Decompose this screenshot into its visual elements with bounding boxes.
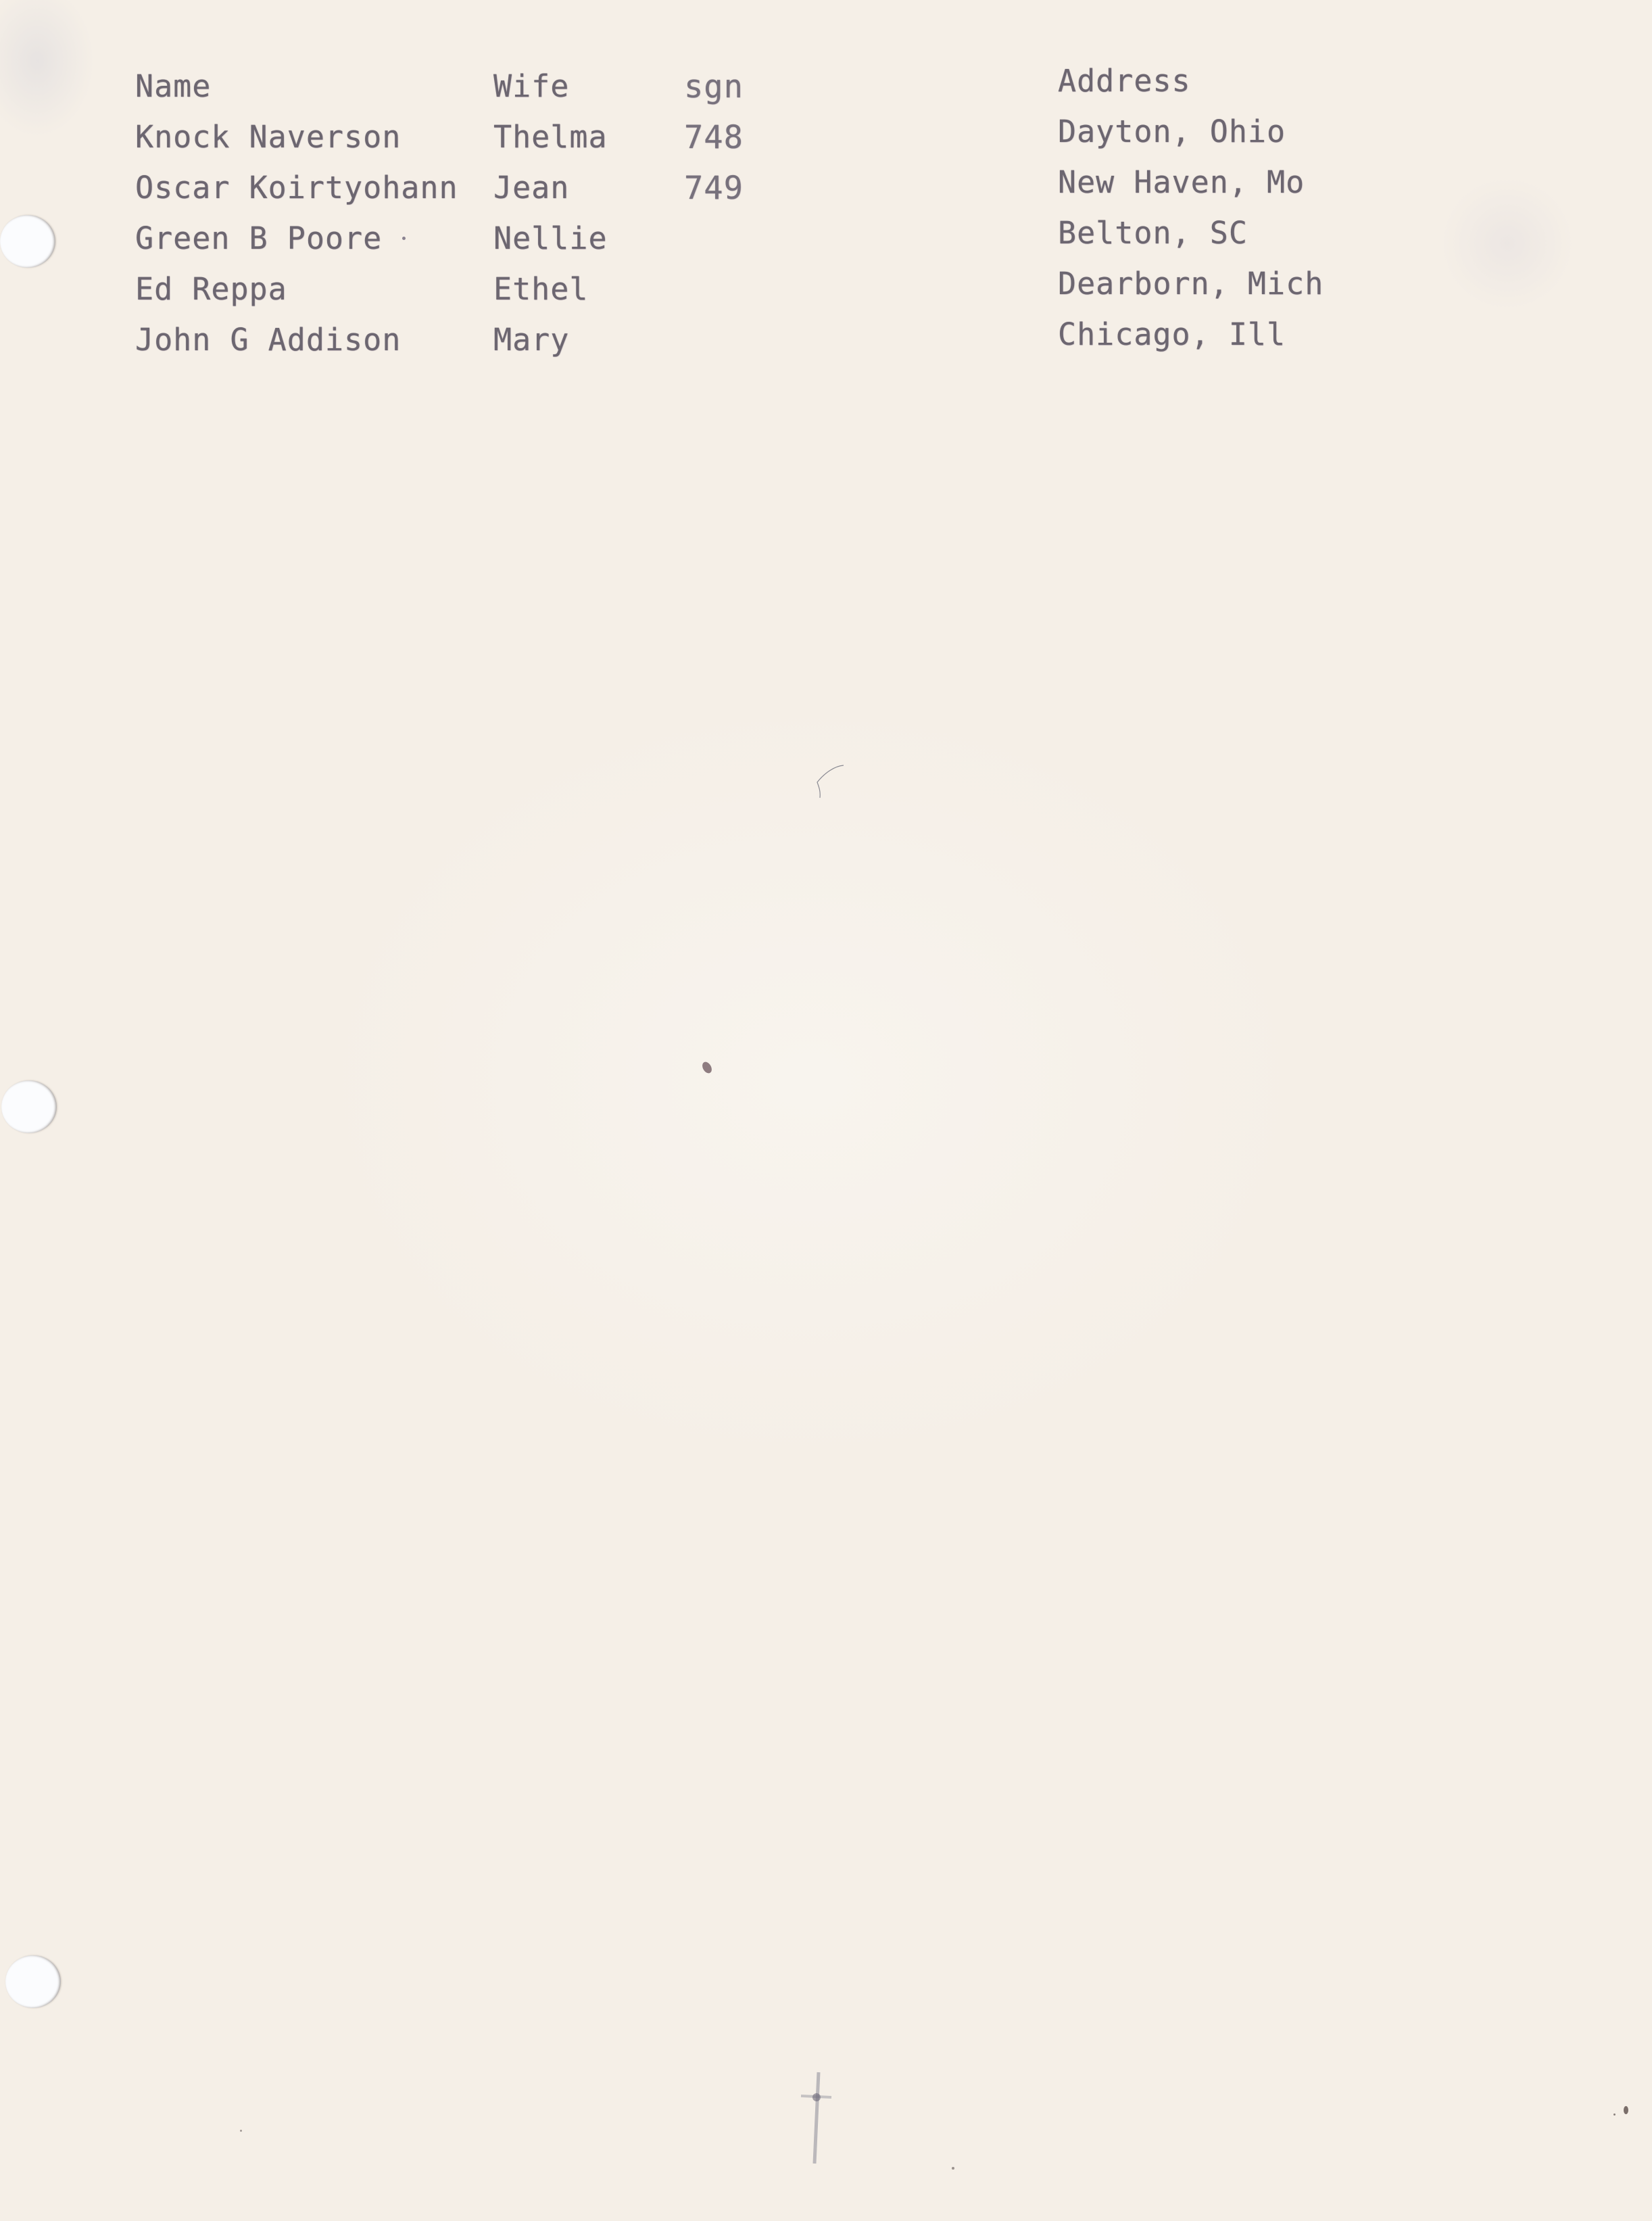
- cell-sgn: 748: [684, 122, 744, 153]
- cell-address: New Haven, Mo: [1058, 167, 1305, 197]
- cell-sgn: 749: [684, 172, 744, 204]
- cell-wife: Jean: [493, 172, 569, 203]
- cell-address: Dearborn, Mich: [1058, 268, 1323, 299]
- paper-dot: [240, 2130, 242, 2132]
- table-row: Green B Poore Nellie Belton, SC: [0, 223, 1652, 264]
- cell-name: Knock Naverson: [135, 122, 401, 152]
- cell-name: Ed Reppa: [135, 274, 287, 304]
- table-row: Knock Naverson Thelma 748 Dayton, Ohio: [0, 122, 1652, 162]
- pencil-cross-mark: [794, 2069, 835, 2170]
- corner-speck: [1624, 2106, 1628, 2114]
- cell-wife: Thelma: [493, 122, 608, 152]
- cell-wife: Ethel: [493, 274, 588, 304]
- header-address: Address: [1058, 66, 1191, 96]
- cell-wife: Mary: [493, 325, 569, 355]
- punch-hole-bottom: [5, 1955, 61, 2008]
- cell-wife: Nellie: [493, 223, 608, 254]
- cell-name: Green B Poore: [135, 223, 382, 254]
- table-row: Oscar Koirtyohann Jean 749 New Haven, Mo: [0, 172, 1652, 213]
- cell-name: Oscar Koirtyohann: [135, 172, 458, 203]
- header-name: Name: [135, 71, 211, 101]
- punch-hole-middle: [1, 1080, 57, 1133]
- table-row: Ed Reppa Ethel Dearborn, Mich: [0, 274, 1652, 314]
- paper-dot: [952, 2167, 954, 2170]
- cell-address: Chicago, Ill: [1058, 319, 1286, 350]
- stray-hair-mark: [811, 761, 845, 801]
- header-row: Name Wife sgn Address: [0, 71, 1652, 112]
- cell-name: John G Addison: [135, 325, 401, 355]
- header-sgn: sgn: [684, 71, 744, 103]
- cell-address: Belton, SC: [1058, 218, 1248, 248]
- cell-address: Dayton, Ohio: [1058, 116, 1286, 147]
- table-row: John G Addison Mary Chicago, Ill: [0, 325, 1652, 365]
- header-wife: Wife: [493, 71, 569, 101]
- ink-dot: [402, 237, 406, 240]
- corner-speck-small: [1613, 2113, 1615, 2116]
